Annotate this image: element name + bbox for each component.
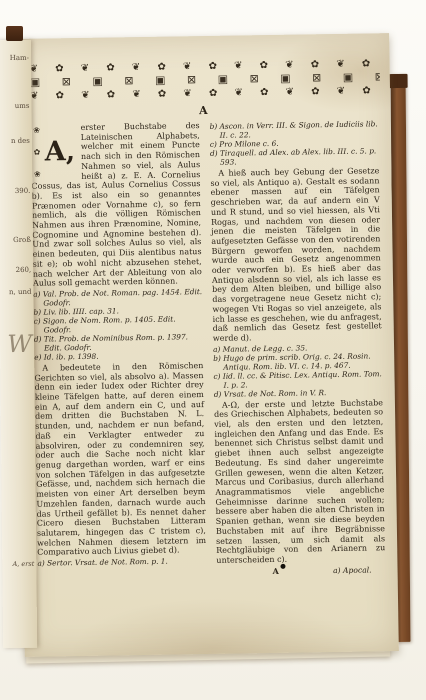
spine-fragment [6,26,23,41]
footnote-item: a) Sertor. Vrsat. de Not. Rom. p. 1. [37,556,206,568]
footnote-list: a) Sertor. Vrsat. de Not. Rom. p. 1. [37,556,206,568]
entry-paragraph: A hieß auch bey Gebung der Gesetze so vi… [210,166,382,343]
entry-paragraph: ❀ ✿ ❀ A, erster Buchstabe des Lateinisch… [31,121,203,289]
footnote-list: b) Ascon. in Verr. III. & Sigon. de Iudi… [209,119,379,167]
ink-blot [281,563,286,568]
margin-fragment: n, und [9,288,32,296]
footnote-item: d) Tiraquell. ad Alex. ab Alex. lib. III… [210,146,379,167]
margin-fragment: ums [15,102,30,110]
left-column: ❀ ✿ ❀ A, erster Buchstabe des Lateinisch… [31,121,207,580]
footnote-item: d) Vrsat. de Not. Rom. in V. R. [214,387,383,399]
margin-fragment: 260, [16,266,32,274]
margin-fragment: n des [11,137,30,145]
drop-cap-letter: A, [43,126,78,179]
drop-cap-factotum: ❀ ✿ ❀ A, [31,124,78,181]
margin-fragment: 390. [15,187,31,195]
footnote-item: e) Id. ib. p. 1398. [34,350,203,362]
woodcut-ornament-band: ❦ ✿ ❦ ✿ ❦ ✿ ❦ ✿ ❦ ✿ ❦ ✿ ❦ ✿ ❦ ✿ ❦ ✿ ❦ ▣ … [30,57,381,102]
margin-fragment: Groß [13,236,31,244]
margin-fragment: W [7,340,32,348]
footnote-list: a) Val. Prob. de Not. Roman. pag. 1454. … [33,287,203,362]
entry-paragraph: A-Ω, der erste und letzte Buchstabe des … [214,398,386,566]
factotum-ornament-icon: ❀ ✿ ❀ [31,126,44,180]
signature-row: A a) Apocal. [216,565,385,577]
text-columns: ❀ ✿ ❀ A, erster Buchstabe des Lateinisch… [16,115,397,580]
footnote-list: a) Manut. de Legg. c. 35. b) Hugo de pri… [213,342,383,399]
book-page: ❦ ✿ ❦ ✿ ❦ ✿ ❦ ✿ ❦ ✿ ❦ ✿ ❦ ✿ ❦ ✿ ❦ ✿ ❦ ▣ … [15,33,399,657]
right-column: b) Ascon. in Verr. III. & Sigon. de Iudi… [209,118,385,577]
footnote-item: a) Apocal. [333,565,372,575]
book-photograph: ❦ ✿ ❦ ✿ ❦ ✿ ❦ ✿ ❦ ✿ ❦ ✿ ❦ ✿ ❦ ✿ ❦ ✿ ❦ ▣ … [0,0,426,700]
margin-fragment: Ham- [10,54,29,62]
signature-mark: A [272,567,278,577]
entry-paragraph: A bedeutete in den Römischen Gerichten s… [34,361,206,558]
margin-fragment: A, erst [13,560,35,568]
previous-page-edge: Ham- ums n des 390. Groß 260, n, und W A… [0,40,37,648]
